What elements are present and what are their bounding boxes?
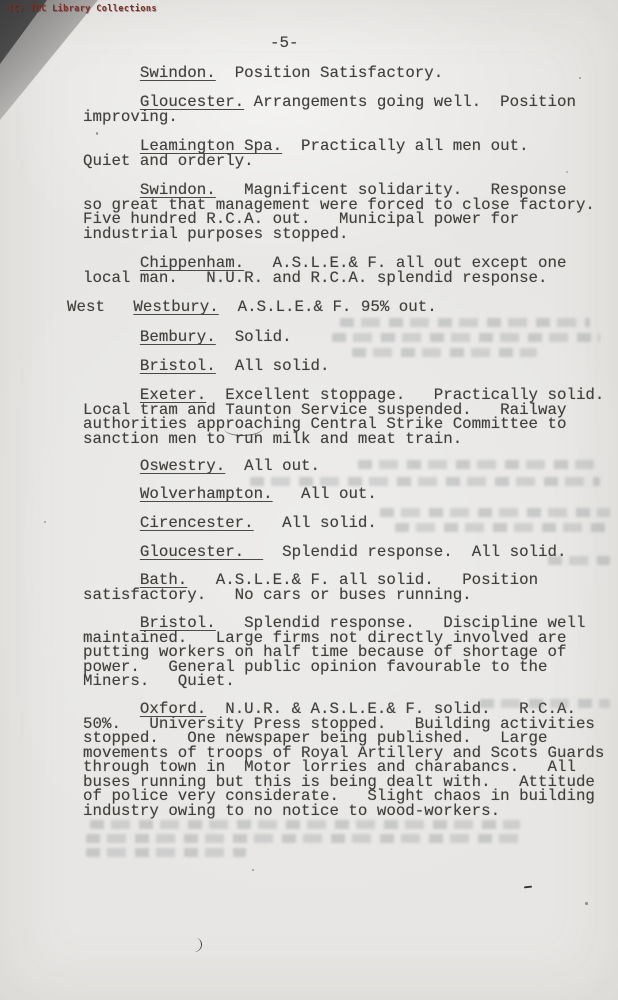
report-line: Bristol. All solid. [83, 359, 330, 374]
town-name: Bembury. [140, 328, 216, 346]
report-line: industrial purposes stopped. [83, 227, 595, 242]
report-text: Arrangements going well. Position [244, 93, 576, 111]
scan-speck [585, 902, 588, 905]
margin-prefix [83, 357, 140, 375]
report-paragraph: Bath. A.S.L.E.& F. all solid. Position s… [83, 573, 538, 602]
report-paragraph: Bristol. All solid. [83, 359, 330, 374]
bleed-through-artifact [352, 348, 537, 357]
report-paragraph: Bembury. Solid. [83, 330, 292, 345]
report-line: local man. N.U.R. and R.C.A. splendid re… [83, 271, 566, 286]
scan-speck [524, 886, 532, 889]
page-number: -5- [270, 34, 298, 52]
margin-prefix [83, 64, 140, 82]
report-paragraph: Exeter. Excellent stoppage. Practically … [83, 388, 604, 446]
margin-prefix [83, 514, 140, 532]
report-paragraph: Gloucester. Splendid response. All solid… [83, 545, 567, 560]
report-paragraph: Swindon. Position Satisfactory. [83, 66, 443, 81]
scan-speck [252, 869, 254, 871]
margin-prefix [83, 457, 140, 475]
report-paragraph: Leamington Spa. Practically all men out.… [83, 139, 529, 168]
report-line: Gloucester. Splendid response. All solid… [83, 545, 567, 560]
report-paragraph: Chippenham. A.S.L.E.& F. all out except … [83, 256, 566, 285]
bleed-through-artifact [90, 820, 520, 829]
scanned-document-page: (C) TUC Library Collections -5- Swindon.… [0, 0, 618, 1000]
margin-prefix [83, 328, 140, 346]
bleed-through-artifact [395, 523, 610, 532]
report-line: Cirencester. All solid. [83, 516, 377, 531]
report-text: All solid. [216, 357, 330, 375]
report-line: industry owing to no notice to wood-work… [83, 804, 604, 819]
report-paragraph: Wolverhampton. All out. [83, 487, 377, 502]
copyright-watermark: (C) TUC Library Collections [8, 4, 157, 14]
report-line: Wolverhampton. All out. [83, 487, 377, 502]
scan-speck [566, 171, 568, 173]
report-paragraph: Oxford. N.U.R. & A.S.L.E.& F. solid. R.C… [83, 702, 604, 818]
report-line: sanction men to run milk and meat train. [83, 432, 604, 447]
margin-prefix [83, 485, 140, 503]
report-line: satisfactory. No cars or buses running. [83, 588, 538, 603]
town-name: Swindon. [140, 64, 216, 82]
report-line: West Westbury. A.S.L.E.& F. 95% out. [67, 300, 437, 315]
report-line: improving. [83, 110, 576, 125]
report-text: A.S.L.E.& F. 95% out. [219, 298, 437, 316]
report-text: All out. [225, 457, 320, 475]
bleed-through-artifact [250, 477, 600, 486]
town-name: Oswestry. [140, 457, 225, 475]
scan-speck [96, 132, 98, 135]
margin-prefix: West [67, 298, 133, 316]
bleed-through-artifact [358, 460, 598, 469]
scan-speck [193, 938, 202, 953]
scan-speck [579, 77, 581, 79]
report-paragraph: Cirencester. All solid. [83, 516, 377, 531]
report-line: Bembury. Solid. [83, 330, 292, 345]
bleed-through-artifact [480, 699, 610, 708]
report-paragraph: Swindon. Magnificent solidarity. Respons… [83, 183, 595, 241]
town-name: Westbury. [133, 298, 218, 316]
scan-speck [44, 521, 46, 523]
bleed-through-artifact [86, 848, 246, 857]
report-text: All out. [273, 485, 377, 503]
bleed-through-artifact [86, 834, 526, 843]
bleed-through-artifact [332, 333, 600, 342]
bleed-through-artifact [548, 556, 610, 565]
report-text: Solid. [216, 328, 292, 346]
report-line: Quiet and orderly. [83, 154, 529, 169]
town-name: Cirencester. [140, 514, 254, 532]
report-text: Splendid response. All solid. [263, 543, 566, 561]
town-name: Bristol. [140, 357, 216, 375]
report-line: Swindon. Position Satisfactory. [83, 66, 443, 81]
report-line: Oswestry. All out. [83, 459, 320, 474]
report-line: Miners. Quiet. [83, 674, 585, 689]
report-text: All solid. [254, 514, 377, 532]
report-paragraph: Bristol. Splendid response. Discipline w… [83, 616, 585, 689]
town-name: Gloucester. [140, 543, 263, 561]
report-paragraph: West Westbury. A.S.L.E.& F. 95% out. [67, 300, 437, 315]
report-text: Position Satisfactory. [216, 64, 444, 82]
town-name: Wolverhampton. [140, 485, 273, 503]
bleed-through-artifact [380, 508, 610, 517]
report-text: Practically all men out. [282, 137, 528, 155]
report-paragraph: Gloucester. Arrangements going well. Pos… [83, 95, 576, 124]
report-paragraph: Oswestry. All out. [83, 459, 320, 474]
margin-prefix [83, 543, 140, 561]
bleed-through-artifact [340, 318, 590, 327]
